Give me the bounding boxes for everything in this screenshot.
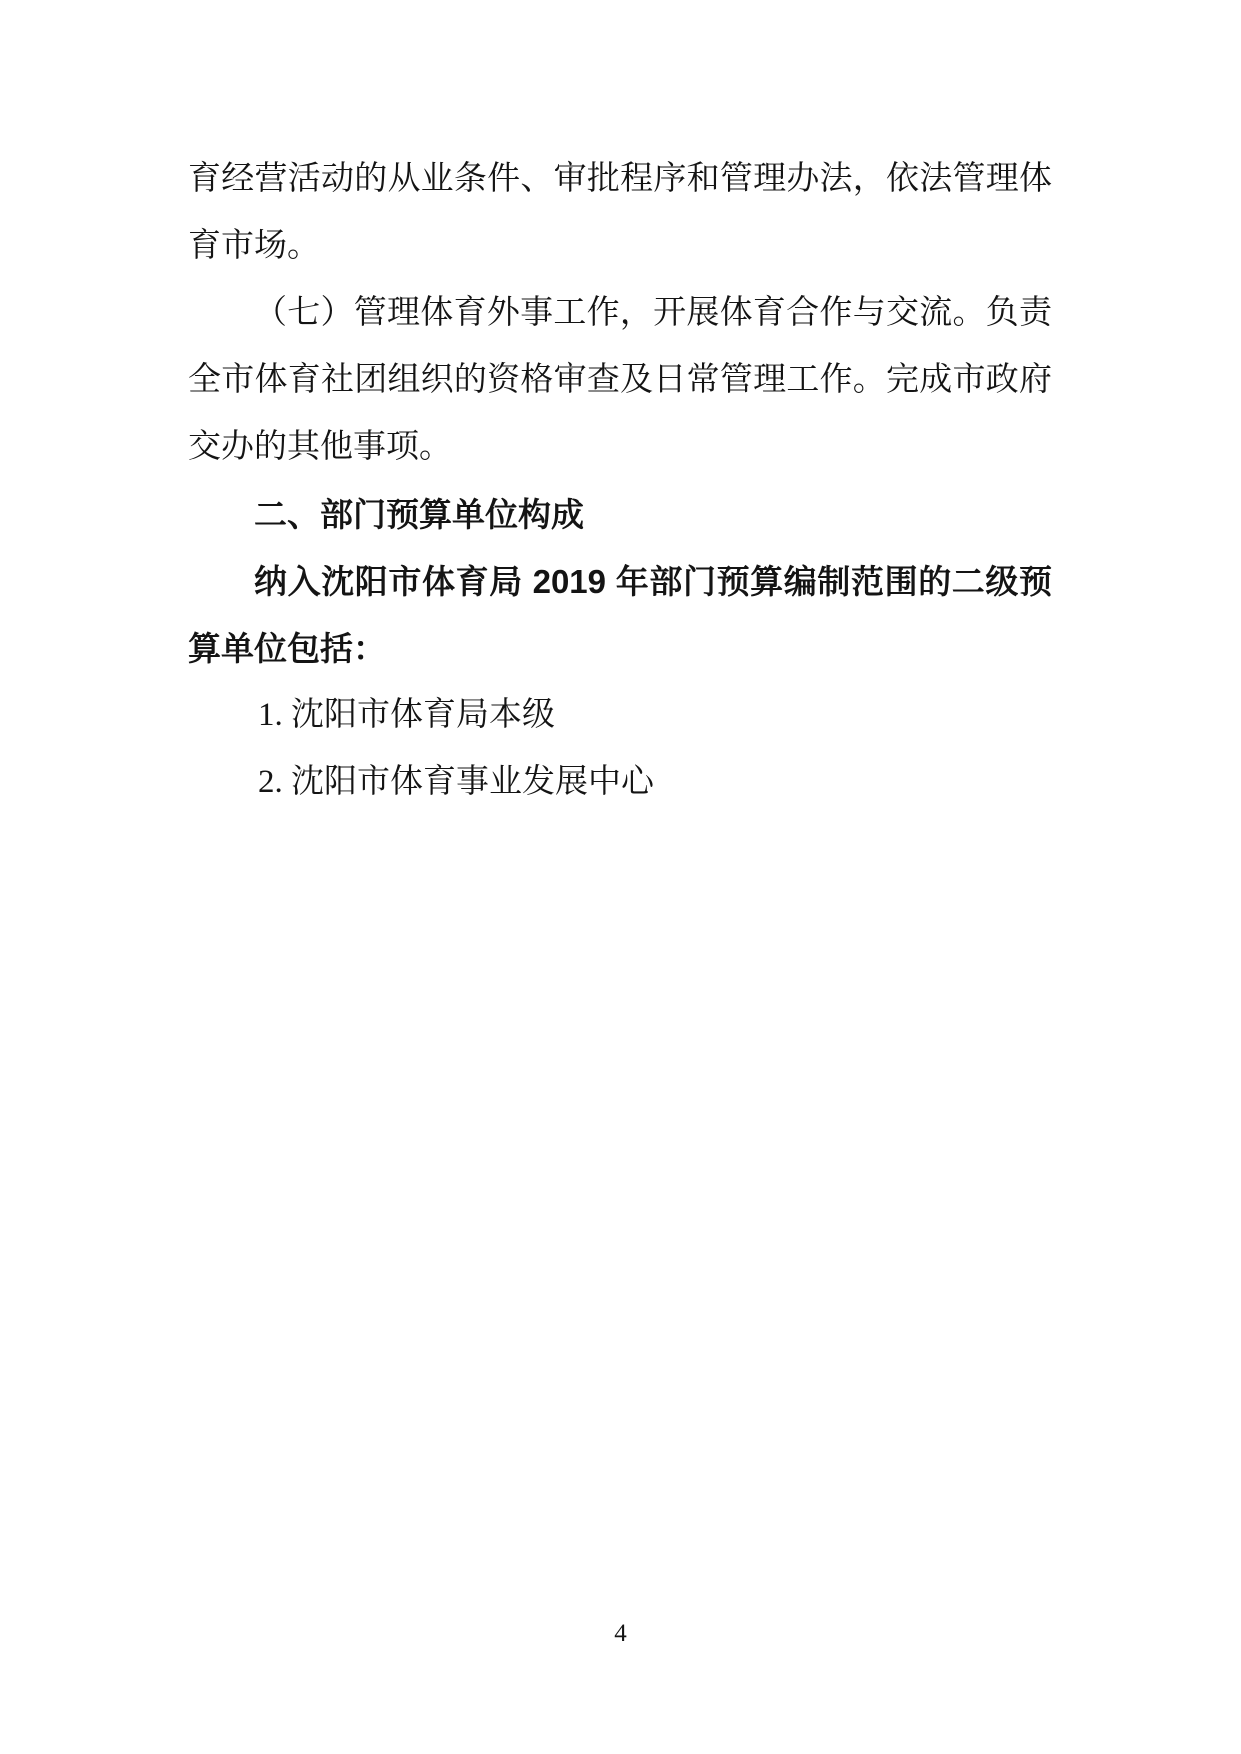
- body-line-3: （七）管理体育外事工作，开展体育合作与交流。负责: [188, 280, 1052, 347]
- body-line-5: 交办的其他事项。: [188, 414, 1052, 481]
- document-body: 育经营活动的从业条件、审批程序和管理办法，依法管理体 育市场。 （七）管理体育外…: [188, 146, 1052, 816]
- document-page: 育经营活动的从业条件、审批程序和管理办法，依法管理体 育市场。 （七）管理体育外…: [0, 0, 1241, 1754]
- list-item-2: 2. 沈阳市体育事业发展中心: [188, 749, 1052, 816]
- body-line-1: 育经营活动的从业条件、审批程序和管理办法，依法管理体: [188, 146, 1052, 213]
- section-heading: 二、部门预算单位构成: [188, 481, 1052, 548]
- bold-paragraph-line-1: 纳入沈阳市体育局 2019 年部门预算编制范围的二级预: [188, 548, 1052, 615]
- page-number: 4: [0, 1620, 1241, 1648]
- body-line-4: 全市体育社团组织的资格审查及日常管理工作。完成市政府: [188, 347, 1052, 414]
- bold-paragraph-line-2: 算单位包括：: [188, 615, 1052, 682]
- list-item-1: 1. 沈阳市体育局本级: [188, 682, 1052, 749]
- body-line-2: 育市场。: [188, 213, 1052, 280]
